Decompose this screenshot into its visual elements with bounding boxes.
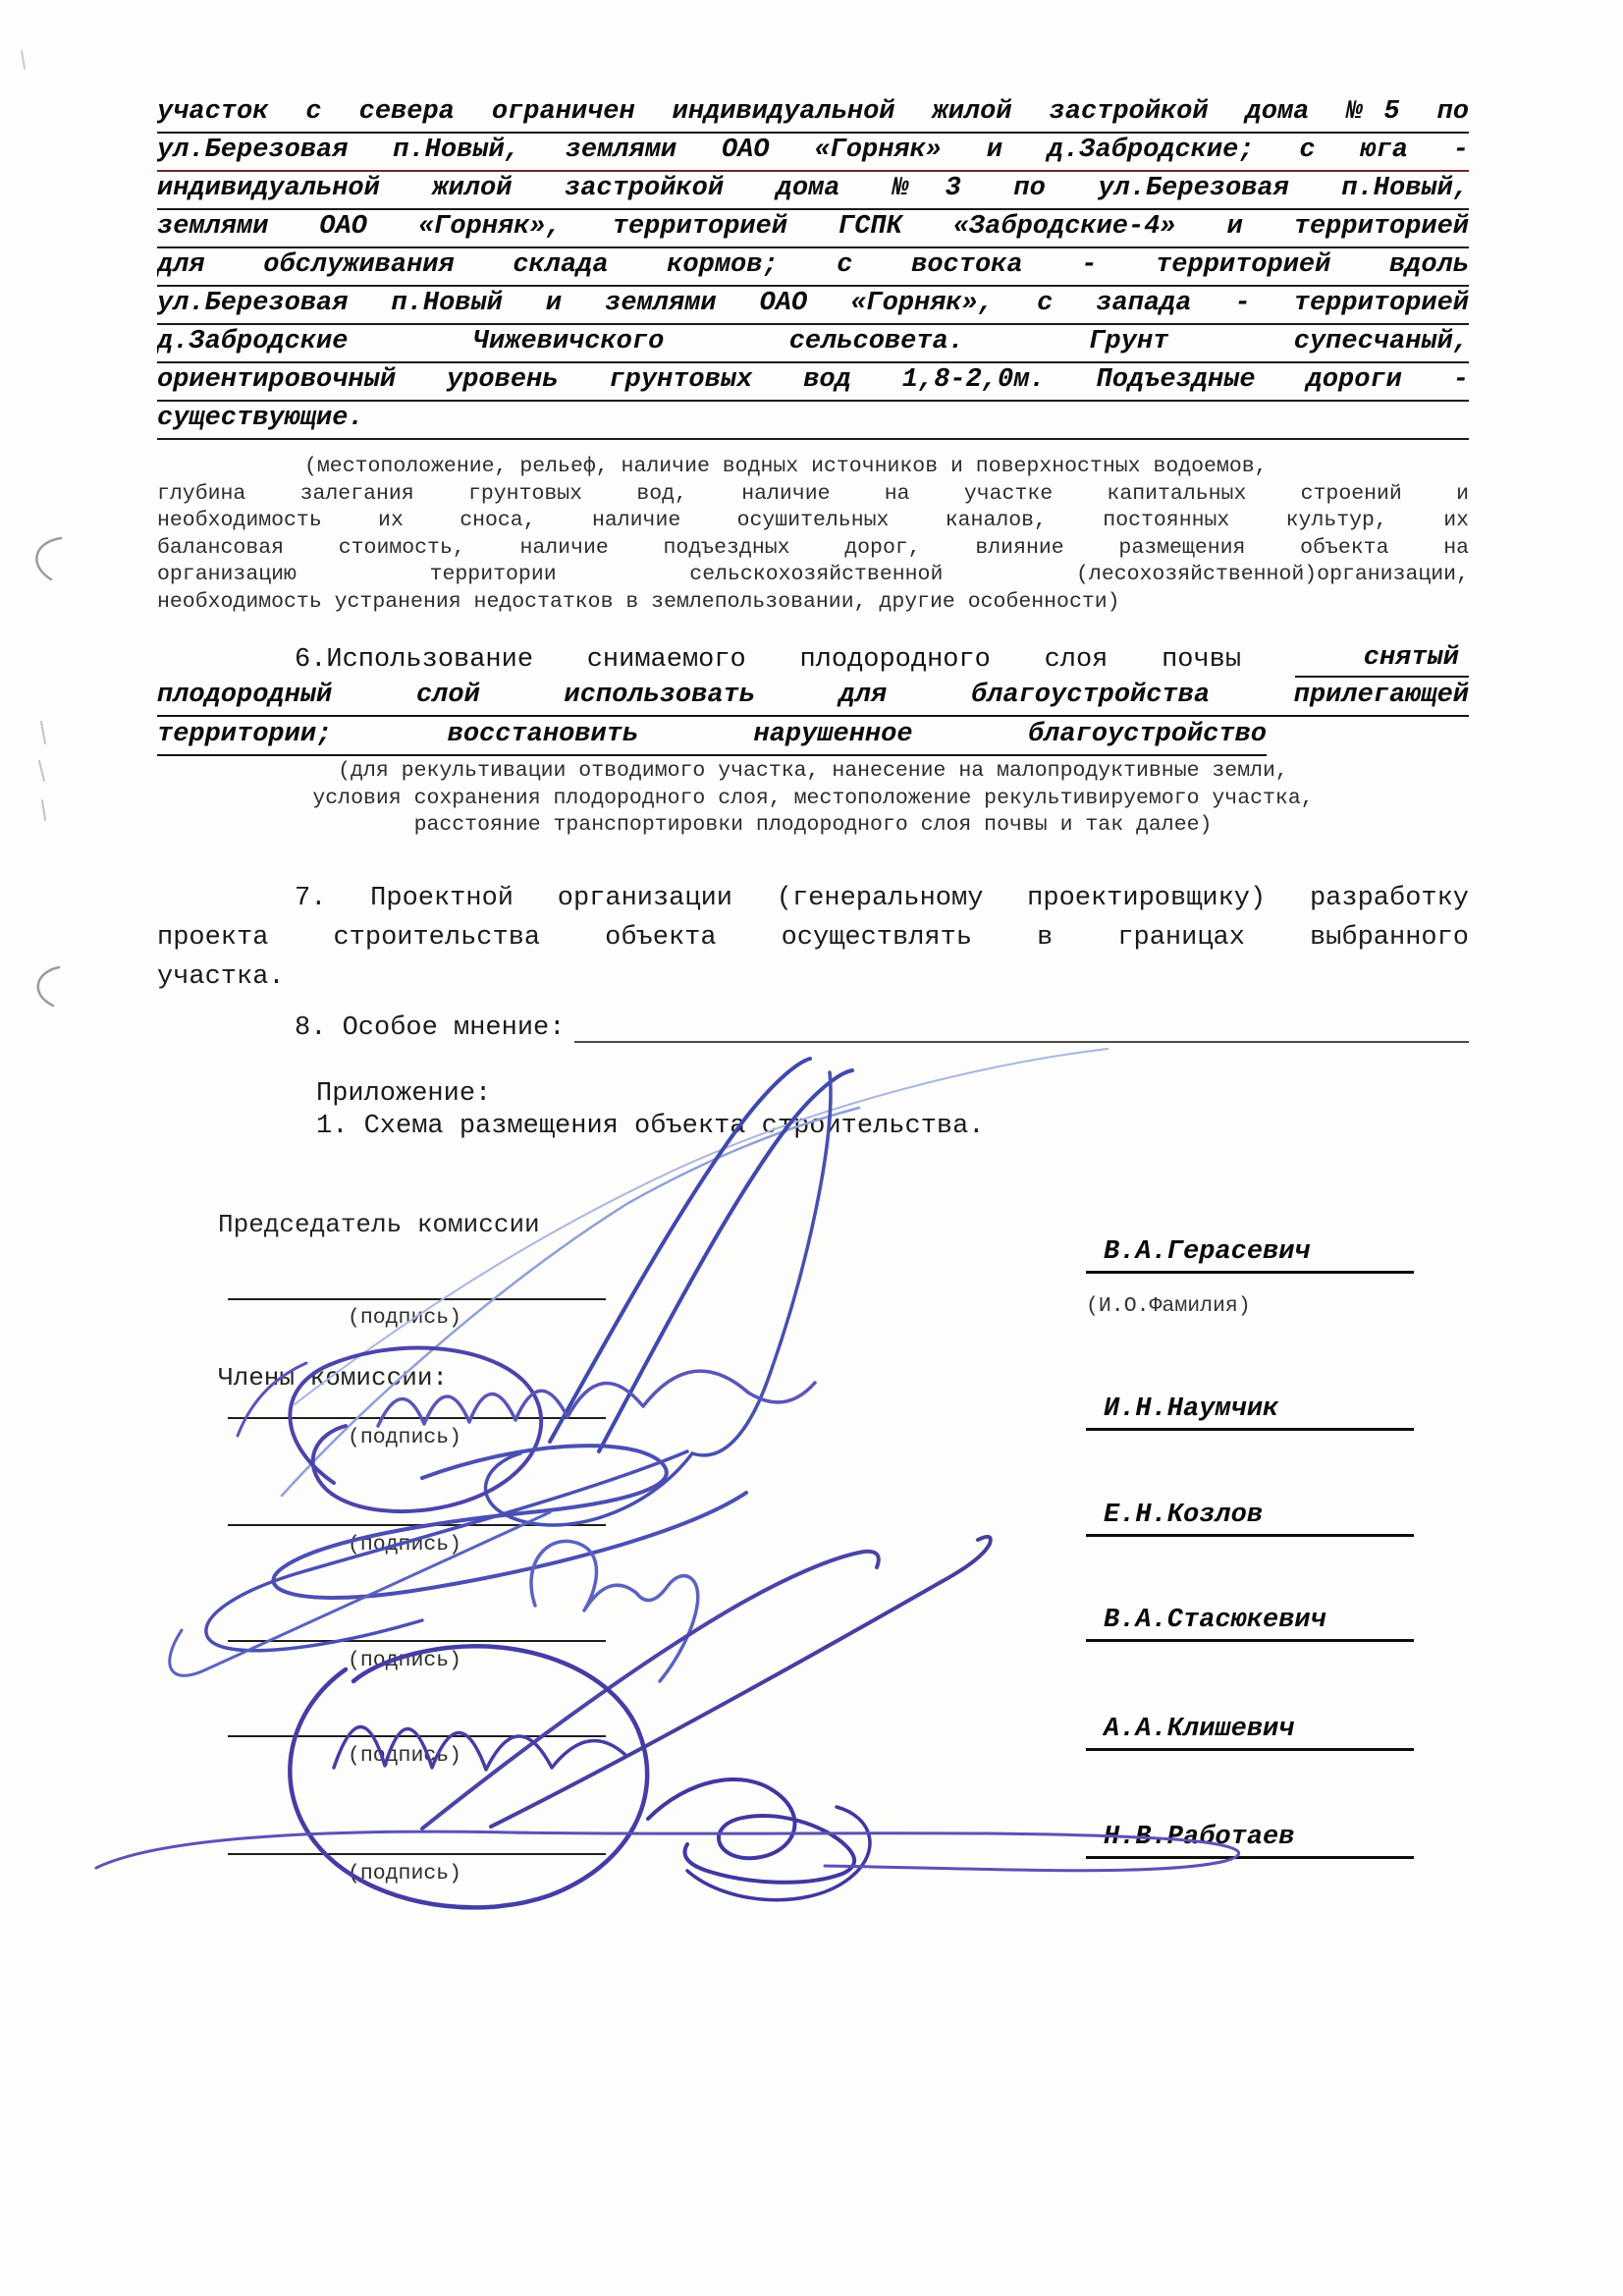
name-member: В.А.Стасюкевич: [1086, 1601, 1414, 1642]
legend-line: организацию территории сельскохозяйствен…: [157, 562, 1469, 589]
filled-line: для обслуживания склада кормов; с восток…: [157, 248, 1469, 287]
signature-line-member: [228, 1524, 606, 1526]
clause-6-topsoil-use: 6.Использование снимаемого плодородного …: [157, 640, 1469, 756]
name-member: И.Н.Наумчик: [1086, 1390, 1414, 1431]
legend-line: необходимость их сноса, наличие осушител…: [157, 508, 1469, 535]
signature-line-member: [228, 1417, 606, 1419]
clause-7-design-organization: 7. Проектной организации (генеральному п…: [157, 880, 1469, 998]
clause-6-word: почвы: [1162, 642, 1241, 678]
filled-line: индивидуальной жилой застройкой дома №3 …: [157, 172, 1469, 210]
legend-line: глубина залегания грунтовых вод, наличие…: [157, 481, 1469, 509]
members-label: Члены комиссии:: [218, 1363, 448, 1393]
appendix-item: 1. Схема размещения объекта строительств…: [316, 1111, 985, 1143]
site-description-block: участок с севера ограничен индивидуально…: [157, 95, 1469, 440]
legend-line: (местоположение, рельеф, наличие водных …: [157, 454, 1469, 481]
clause-6-word: 6.Использование: [295, 642, 533, 678]
signature-line-chairman: [228, 1298, 606, 1300]
signature-caption: (подпись): [228, 1649, 581, 1672]
signature-line-member: [228, 1853, 606, 1855]
appendix-title: Приложение:: [316, 1078, 985, 1111]
legend-line: условия сохранения плодородного слоя, ме…: [157, 786, 1469, 813]
name-member: Е.Н.Козлов: [1086, 1496, 1414, 1537]
signature-caption: (подпись): [228, 1533, 581, 1557]
signature-caption: (подпись): [228, 1306, 581, 1330]
field-legend-location: (местоположение, рельеф, наличие водных …: [157, 454, 1469, 616]
clause-6-word: снимаемого: [587, 642, 746, 678]
signature-line-member: [228, 1735, 606, 1737]
signature-caption: (подпись): [228, 1862, 581, 1886]
filled-line: ул.Березовая п.Новый и землями ОАО «Горн…: [157, 287, 1469, 325]
clause-6-filled-word: снятый: [1295, 640, 1469, 678]
clause-6-heading-line: 6.Использование снимаемого плодородного …: [157, 640, 1469, 678]
filled-line: существующие.: [157, 402, 1469, 440]
filled-line: участок с севера ограничен индивидуально…: [157, 95, 1469, 134]
clause-8-special-opinion: 8. Особое мнение:: [157, 1013, 1469, 1043]
clause-6-word: плодородного: [799, 642, 990, 678]
filled-line: землями ОАО «Горняк», территорией ГСПК «…: [157, 210, 1469, 248]
legend-line: необходимость устранения недостатков в з…: [157, 589, 1469, 617]
appendix-block: Приложение: 1. Схема размещения объекта …: [316, 1078, 985, 1143]
legend-line: (для рекультивации отводимого участка, н…: [157, 758, 1469, 786]
clause-6-filled-line: территории; восстановить нарушенное благ…: [157, 717, 1267, 756]
name-member: Н.В.Работаев: [1086, 1818, 1414, 1859]
clause-8-label: 8. Особое мнение:: [157, 1013, 565, 1043]
name-caption: (И.О.Фамилия): [1086, 1294, 1251, 1318]
clause-7-line: проекта строительства объекта осуществля…: [157, 919, 1469, 958]
filled-line: д.Забродские Чижевичского сельсовета. Гр…: [157, 325, 1469, 363]
filled-line: ориентировочный уровень грунтовых вод 1,…: [157, 363, 1469, 402]
clause-6-filled-line: плодородный слой использовать для благоу…: [157, 678, 1469, 717]
legend-line: балансовая стоимость, наличие подъездных…: [157, 535, 1469, 563]
blank-answer-line: [574, 1015, 1469, 1043]
name-chairman: В.А.Герасевич: [1086, 1232, 1414, 1274]
clause-6-word: слоя: [1045, 642, 1109, 678]
legend-line: расстояние транспортировки плодородного …: [157, 812, 1469, 840]
clause-7-line: 7. Проектной организации (генеральному п…: [157, 880, 1469, 919]
field-legend-recultivation: (для рекультивации отводимого участка, н…: [157, 758, 1469, 840]
chairman-label: Председатель комиссии: [218, 1210, 540, 1239]
name-member: А.А.Клишевич: [1086, 1710, 1414, 1751]
clause-7-line: участка.: [157, 958, 1469, 998]
scanned-document-page: участок с севера ограничен индивидуально…: [0, 0, 1623, 2296]
signature-caption: (подпись): [228, 1744, 581, 1768]
signature-caption: (подпись): [228, 1426, 581, 1449]
filled-line: ул.Березовая п.Новый, землями ОАО «Горня…: [157, 134, 1469, 172]
signature-line-member: [228, 1640, 606, 1642]
